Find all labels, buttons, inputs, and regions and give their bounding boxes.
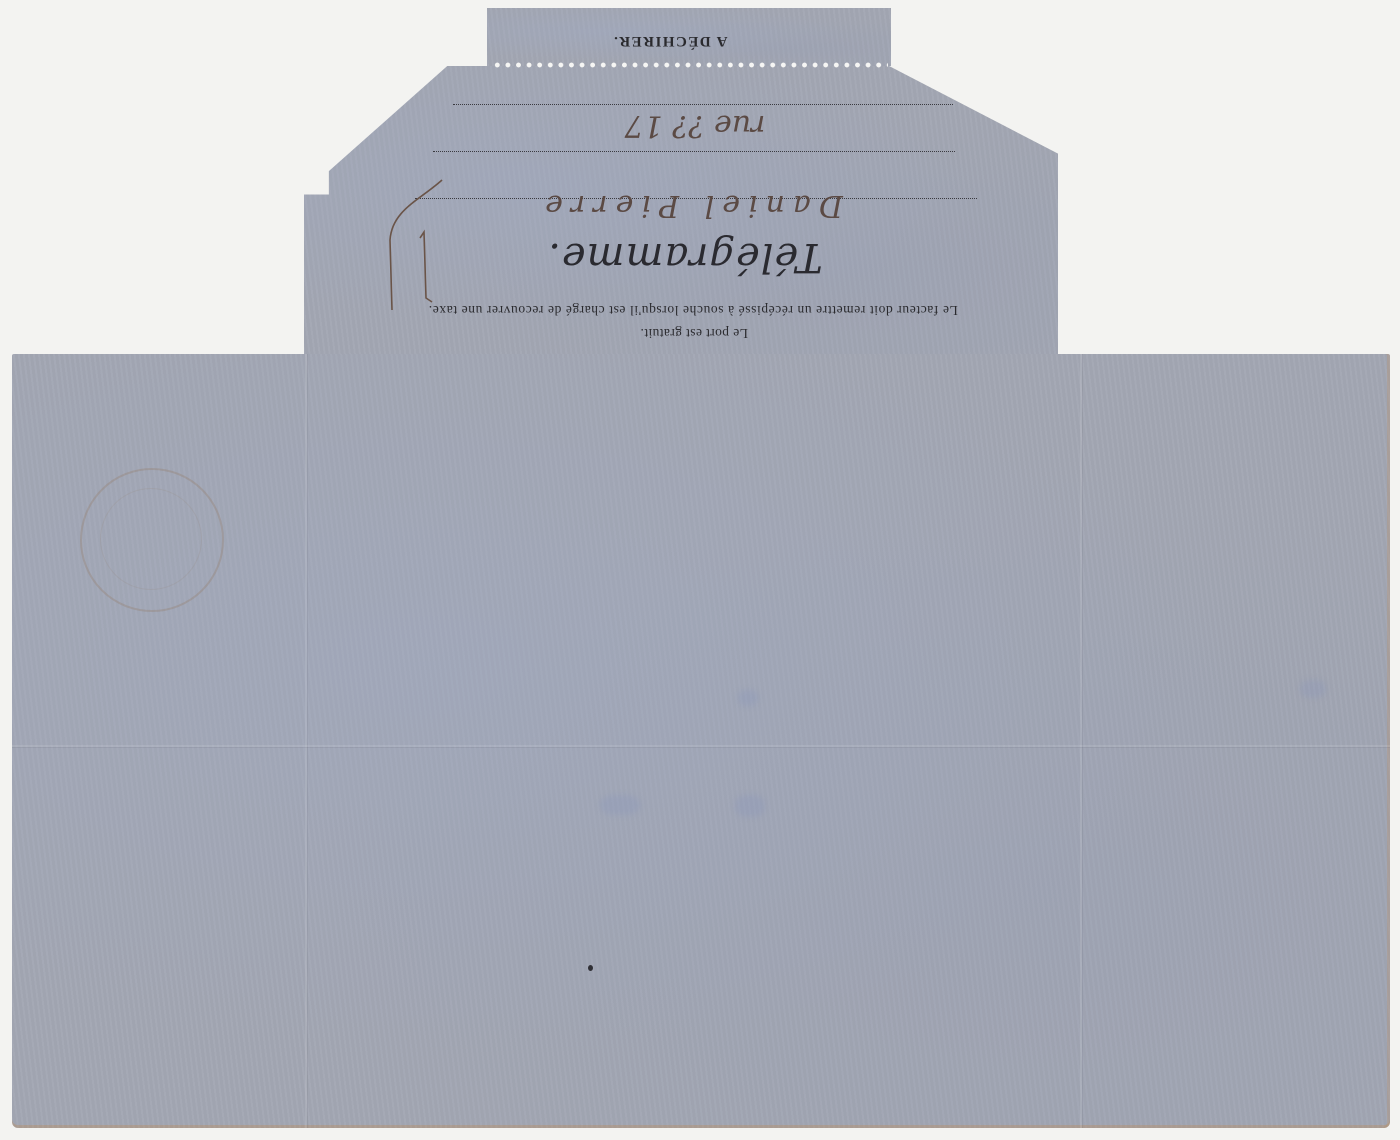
ink-bleed-mark (735, 795, 765, 817)
fold-line-middle (12, 745, 1390, 747)
ink-bleed-mark (1300, 680, 1326, 698)
handwritten-address-street: rue ?? 17 (0, 108, 1400, 143)
postmark-stamp (80, 468, 224, 612)
fold-line-left (305, 354, 307, 1128)
pen-bracket-mark (380, 170, 460, 320)
address-line-1 (453, 104, 953, 105)
ink-bleed-mark (738, 690, 758, 706)
ink-bleed-mark (600, 795, 640, 815)
handwritten-recipient-name: Daniel Pierre (0, 188, 1400, 223)
ink-speck (588, 965, 593, 971)
postage-free-notice: Le port est gratuit. (0, 325, 1400, 341)
telegram-title: Télégramme. (0, 234, 1400, 280)
tear-label: A DÉCHIRER. (0, 32, 1400, 49)
postmark-inner-ring (100, 488, 202, 590)
perforation-line[interactable] (492, 62, 888, 68)
fold-line-right (1080, 354, 1082, 1128)
telegram-sheet (12, 354, 1390, 1128)
carrier-notice: Le facteur doit remettre un récépissé à … (0, 302, 1400, 318)
address-line-2 (433, 151, 955, 152)
